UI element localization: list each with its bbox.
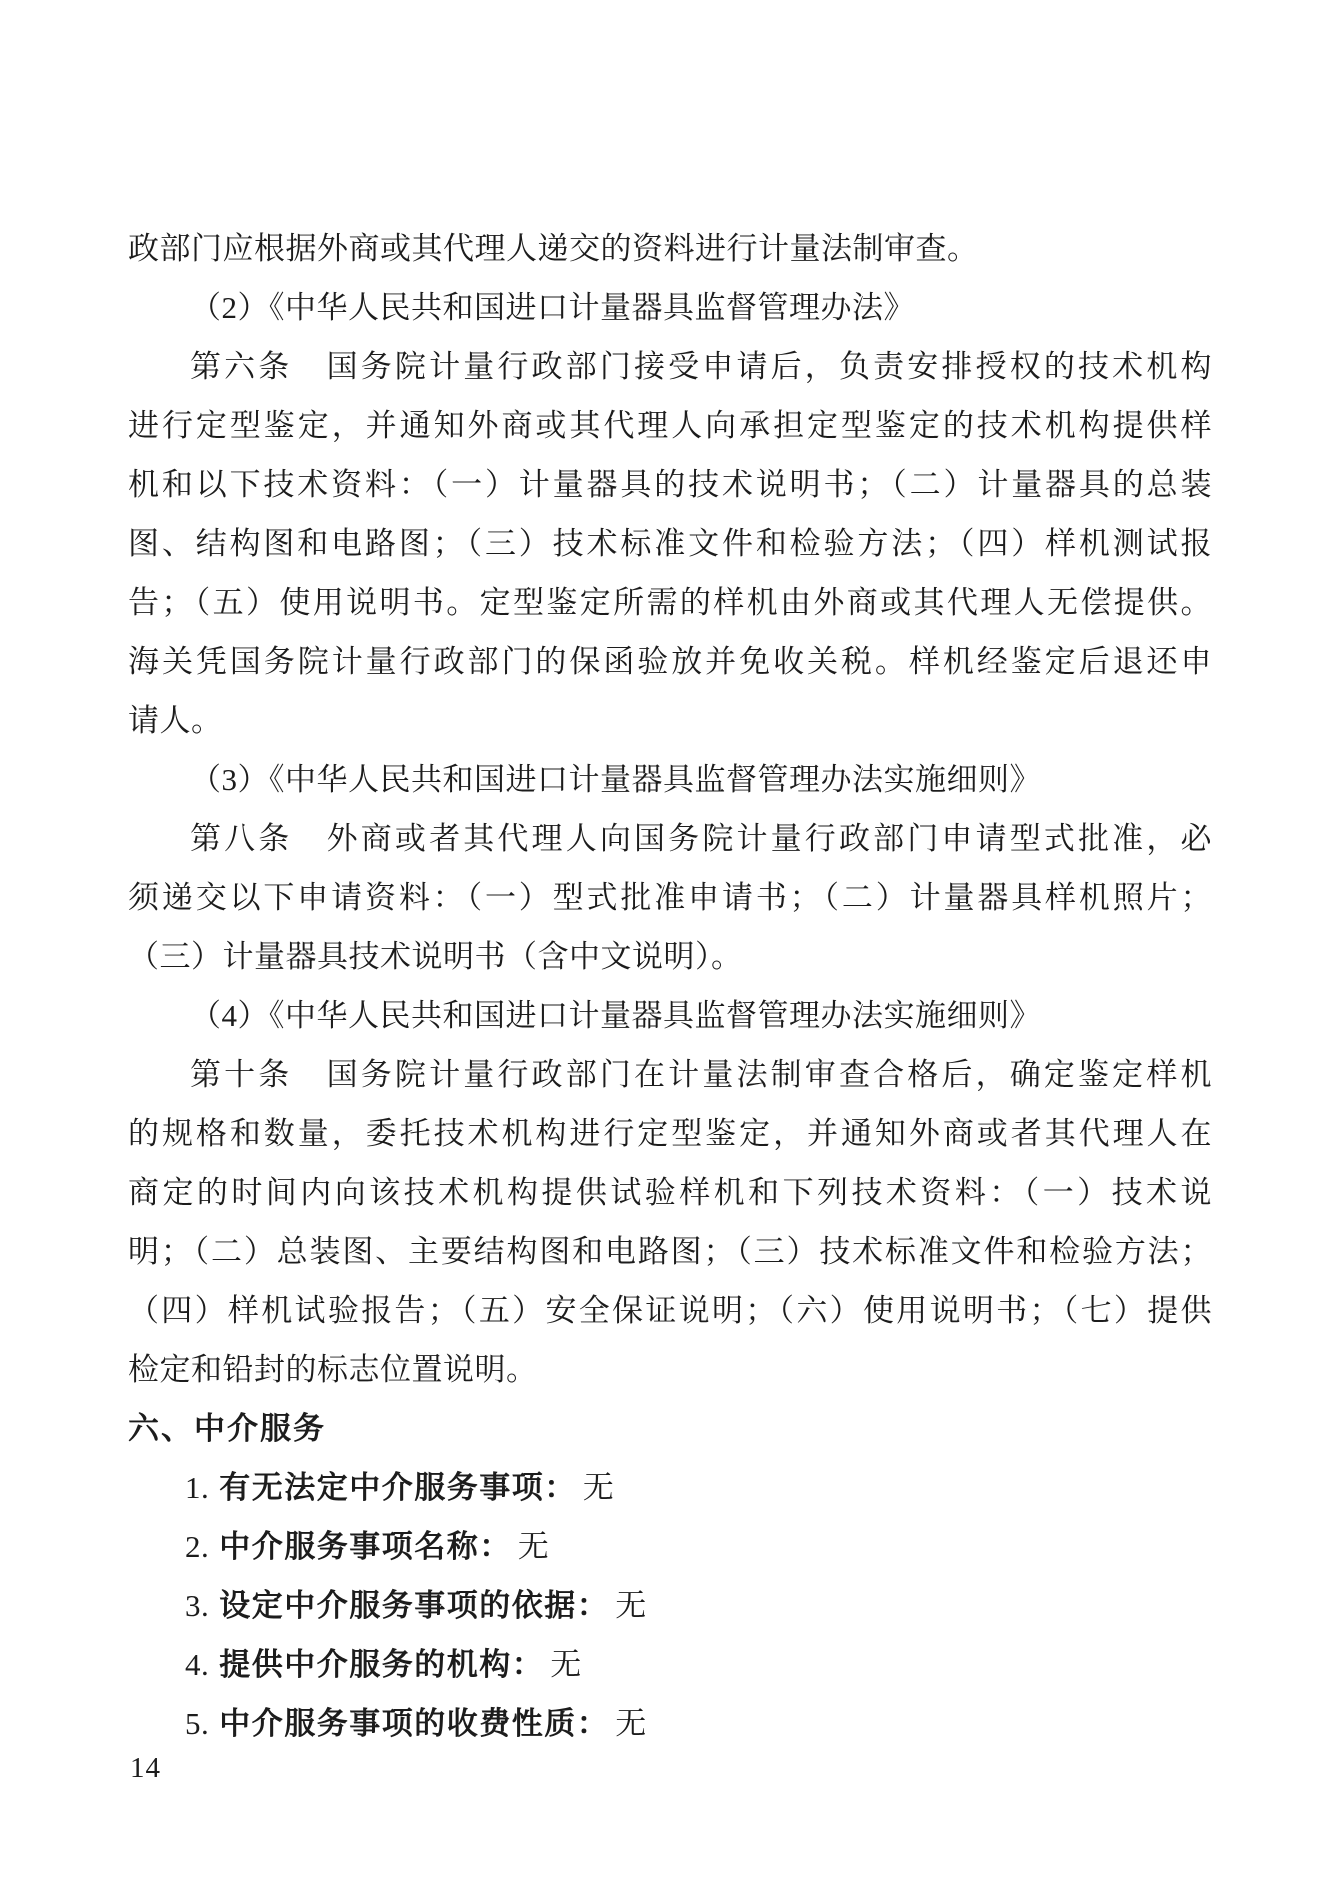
text-line: 海关凭国务院计量行政部门的保函验放并免收关税。样机经鉴定后退还申: [128, 632, 1212, 691]
list-item-label: 有无法定中介服务事项：: [219, 1470, 577, 1505]
list-item: 1.有无法定中介服务事项：无: [128, 1458, 1212, 1517]
list-item: 5.中介服务事项的收费性质：无: [128, 1694, 1212, 1753]
text-line: （3）《中华人民共和国进口计量器具监督管理办法实施细则》: [128, 750, 1212, 809]
text-line: 机和以下技术资料：（一）计量器具的技术说明书；（二）计量器具的总装: [128, 455, 1212, 514]
list-item-value: 无: [518, 1529, 550, 1564]
text-line: 第六条 国务院计量行政部门接受申请后，负责安排授权的技术机构: [128, 337, 1212, 396]
text-line: 须递交以下申请资料：（一）型式批准申请书；（二）计量器具样机照片；: [128, 868, 1212, 927]
document-body: 政部门应根据外商或其代理人递交的资料进行计量法制审查。（2）《中华人民共和国进口…: [128, 219, 1212, 1753]
list-item: 4.提供中介服务的机构：无: [128, 1635, 1212, 1694]
text-line: 明；（二）总装图、主要结构图和电路图；（三）技术标准文件和检验方法；: [128, 1222, 1212, 1281]
list-item-label: 提供中介服务的机构：: [219, 1647, 544, 1682]
text-line: （4）《中华人民共和国进口计量器具监督管理办法实施细则》: [128, 986, 1212, 1045]
text-line: 检定和铅封的标志位置说明。: [128, 1340, 1212, 1399]
page-number: 14: [130, 1748, 161, 1788]
text-line: 第十条 国务院计量行政部门在计量法制审查合格后，确定鉴定样机: [128, 1045, 1212, 1104]
list-item-value: 无: [615, 1706, 647, 1741]
text-line: 第八条 外商或者其代理人向国务院计量行政部门申请型式批准，必: [128, 809, 1212, 868]
list-item-label: 中介服务事项的收费性质：: [219, 1706, 609, 1741]
list-item-number: 2.: [185, 1529, 209, 1564]
text-line: 告；（五）使用说明书。定型鉴定所需的样机由外商或其代理人无偿提供。: [128, 573, 1212, 632]
list-item-label: 设定中介服务事项的依据：: [219, 1588, 609, 1623]
text-line: （2）《中华人民共和国进口计量器具监督管理办法》: [128, 278, 1212, 337]
text-line: 的规格和数量，委托技术机构进行定型鉴定，并通知外商或者其代理人在: [128, 1104, 1212, 1163]
list-item-number: 1.: [185, 1470, 209, 1505]
text-line: （四）样机试验报告；（五）安全保证说明；（六）使用说明书；（七）提供: [128, 1281, 1212, 1340]
text-line: （三）计量器具技术说明书（含中文说明）。: [128, 927, 1212, 986]
list-item-value: 无: [550, 1647, 582, 1682]
list-item: 2.中介服务事项名称：无: [128, 1517, 1212, 1576]
text-line: 请人。: [128, 691, 1212, 750]
text-line: 进行定型鉴定，并通知外商或其代理人向承担定型鉴定的技术机构提供样: [128, 396, 1212, 455]
list-item-number: 3.: [185, 1588, 209, 1623]
list-item-value: 无: [583, 1470, 615, 1505]
document-page: { "page": { "background": "#ffffff", "te…: [0, 0, 1339, 1890]
list-item-number: 5.: [185, 1706, 209, 1741]
list-item-number: 4.: [185, 1647, 209, 1682]
text-line: 商定的时间内向该技术机构提供试验样机和下列技术资料：（一）技术说: [128, 1163, 1212, 1222]
text-line: 政部门应根据外商或其代理人递交的资料进行计量法制审查。: [128, 219, 1212, 278]
list-item: 3.设定中介服务事项的依据：无: [128, 1576, 1212, 1635]
section-heading: 六、中介服务: [128, 1399, 1212, 1458]
list-item-label: 中介服务事项名称：: [219, 1529, 512, 1564]
text-line: 图、结构图和电路图；（三）技术标准文件和检验方法；（四）样机测试报: [128, 514, 1212, 573]
list-item-value: 无: [615, 1588, 647, 1623]
